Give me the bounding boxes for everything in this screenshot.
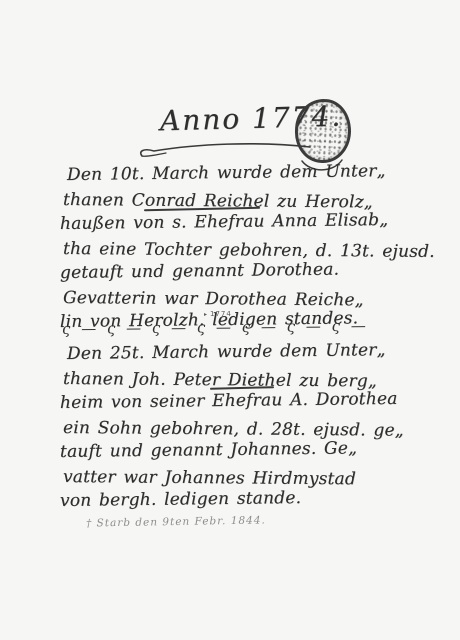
manuscript-line: haußen von s. Ehefrau Anna Elisab„ (60, 208, 420, 237)
ink-seal-stamp (293, 98, 352, 165)
manuscript-line: heim von seiner Ehefrau A. Dorothea (60, 387, 420, 416)
manuscript-line: getauft und genannt Dorothea. (60, 257, 420, 286)
manuscript-line: tauft und genannt Johannes. Ge„ (60, 436, 420, 465)
margin-tick-icon: ▸ (204, 311, 208, 318)
birth-entry-1: Den 10t. March wurde dem Unter„ thanen C… (60, 163, 420, 335)
manuscript-page: Anno 1774. Den 10t. March wurde dem Unte… (0, 0, 460, 640)
section-divider-squiggles: ς — ς — ς — ς — ς — ς — ς — (62, 316, 412, 338)
flourish-underline-stroke (136, 139, 318, 161)
printed-margin-year: ▸1774 (204, 310, 232, 318)
manuscript-line: Den 25t. March wurde dem Unter„ (67, 338, 420, 367)
birth-entry-2: Den 25t. March wurde dem Unter„ thanen J… (60, 342, 420, 514)
manuscript-line: Den 10t. March wurde dem Unter„ (67, 159, 420, 188)
manuscript-line: von bergh. ledigen stande. (60, 485, 420, 514)
death-footnote: † Starb den 9ten Febr. 1844. (86, 514, 266, 529)
margin-year-value: 1774 (210, 310, 232, 318)
